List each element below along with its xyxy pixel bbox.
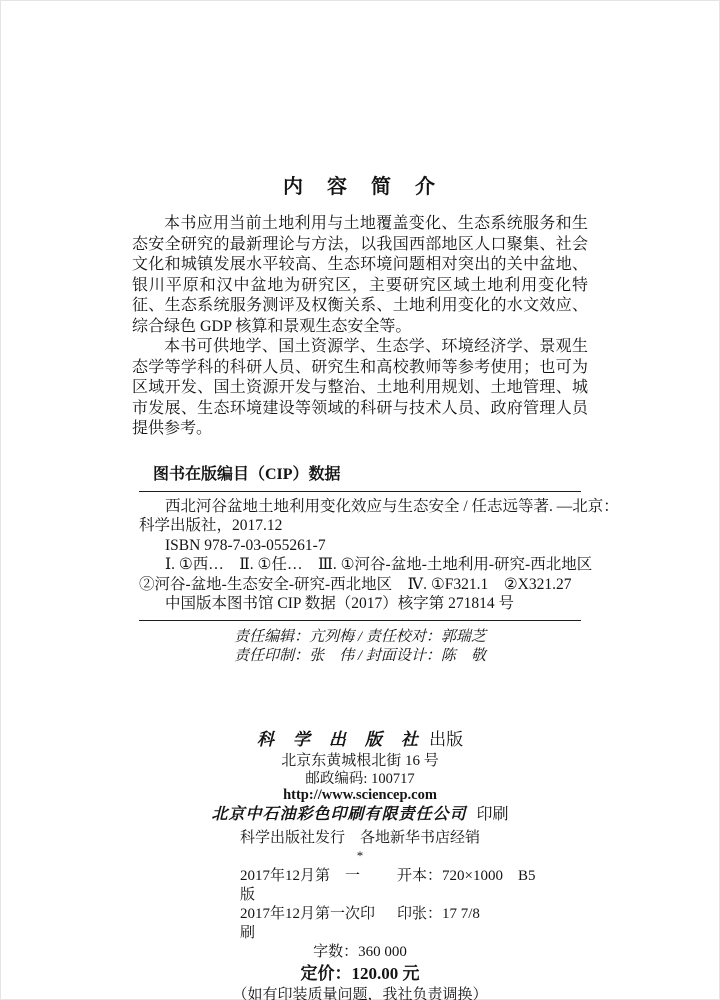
cip-line: 西北河谷盆地土地利用变化效应与生态安全 / 任志远等著. —北京：: [139, 497, 581, 517]
summary-paragraph: 本书应用当前土地利用与土地覆盖变化、生态系统服务和生态安全研究的最新理论与方法，…: [132, 214, 588, 337]
edition-row: 2017年12月第 一 版 开本：720×1000 B5: [0, 867, 720, 905]
asterisk-separator: *: [0, 849, 720, 863]
cip-data-block: 图书在版编目（CIP）数据 西北河谷盆地土地利用变化效应与生态安全 / 任志远等…: [139, 461, 581, 621]
cip-line: ISBN 978-7-03-055261-7: [139, 536, 581, 556]
cip-line: Ⅰ. ①西… Ⅱ. ①任… Ⅲ. ①河谷-盆地-土地利用-研究-西北地区: [139, 555, 581, 575]
summary-paragraph: 本书可供地学、国土资源学、生态学、环境经济学、景观生态学等学科的科研人员、研究生…: [132, 337, 588, 440]
colophon: 科 学 出 版 社 出版 北京东黄城根北街 16 号 邮政编码: 100717 …: [0, 728, 720, 863]
printer-name: 北京中石油彩色印刷有限责任公司: [211, 806, 466, 823]
sheet-count: 印张：17 7/8: [397, 905, 480, 943]
publisher-address: 北京东黄城根北街 16 号: [0, 752, 720, 771]
book-copyright-page: 内 容 简 介 本书应用当前土地利用与土地覆盖变化、生态系统服务和生态安全研究的…: [0, 0, 720, 1000]
print-credit-line: 责任印制：张 伟 / 封面设计：陈 敬: [0, 647, 720, 666]
cip-line: 科学出版社，2017.12: [139, 516, 581, 536]
printing-date: 2017年12月第一次印刷: [240, 905, 377, 943]
price: 定价：120.00 元: [0, 963, 720, 984]
content-summary: 本书应用当前土地利用与土地覆盖变化、生态系统服务和生态安全研究的最新理论与方法，…: [132, 214, 588, 440]
printer-suffix: 印刷: [477, 806, 509, 823]
distribution-line: 科学出版社发行 各地新华书店经销: [0, 827, 720, 849]
edition-info: 2017年12月第 一 版 开本：720×1000 B5 2017年12月第一次…: [0, 867, 720, 1000]
cip-lines: 西北河谷盆地土地利用变化效应与生态安全 / 任志远等著. —北京： 科学出版社，…: [139, 492, 581, 620]
postal-code: 邮政编码: 100717: [0, 771, 720, 787]
divider-rule-bottom: [139, 620, 581, 621]
staff-credits: 责任编辑：亢列梅 / 责任校对：郭瑞芝 责任印制：张 伟 / 封面设计：陈 敬: [0, 628, 720, 666]
word-count: 字数：360 000: [0, 943, 720, 962]
publisher-name: 科 学 出 版 社: [257, 730, 419, 749]
publisher-suffix: 出版: [429, 730, 463, 749]
format-spec: 开本：720×1000 B5: [397, 867, 535, 905]
cip-heading: 图书在版编目（CIP）数据: [139, 461, 581, 484]
content-summary-title: 内 容 简 介: [0, 170, 720, 199]
publisher-line: 科 学 出 版 社 出版: [0, 728, 720, 752]
edition-row: 2017年12月第一次印刷 印张：17 7/8: [0, 905, 720, 943]
editor-credit-line: 责任编辑：亢列梅 / 责任校对：郭瑞芝: [0, 628, 720, 647]
printer-line: 北京中石油彩色印刷有限责任公司 印刷: [0, 803, 720, 827]
cip-line: 中国版本图书馆 CIP 数据（2017）核字第 271814 号: [139, 594, 581, 614]
quality-notice: （如有印装质量问题，我社负责调换）: [0, 986, 720, 1000]
publisher-url: http://www.sciencep.com: [0, 787, 720, 803]
edition-date: 2017年12月第 一 版: [240, 867, 377, 905]
cip-line: ②河谷-盆地-生态安全-研究-西北地区 Ⅳ. ①F321.1 ②X321.27: [139, 575, 581, 595]
